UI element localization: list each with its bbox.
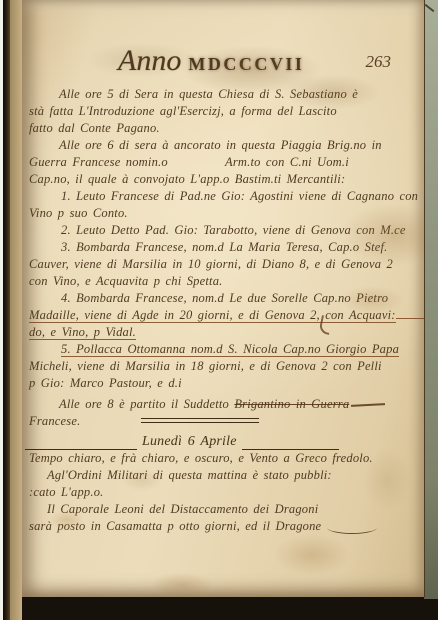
vessel-entry-line: do, e Vino, p Vidal. — [29, 324, 416, 341]
weather-line: Tempo chiaro, e frà chiaro, e oscuro, e … — [29, 450, 416, 467]
underlined-text: 5. Pollacca Ottomanna nom.d S. Nicola Ca… — [61, 342, 399, 357]
vessel-entry-line: 1. Leuto Francese di Pad.ne Gio: Agostin… — [29, 188, 416, 205]
year-title-roman: MDCCCVII — [188, 54, 304, 75]
manuscript-line: stà fatta L'Introduzione agl'Esercizj, a… — [29, 103, 416, 120]
manuscript-line: Cap.no, il quale à convojato L'app.o Bas… — [29, 171, 416, 188]
anchor-line-armament: Arm.to con C.ni — [225, 154, 312, 171]
year-title-script: Anno — [118, 44, 181, 78]
vessel-entry-line: Vino p suo Conto. — [29, 205, 416, 222]
date-divider: Lunedì 6 Aprile — [25, 430, 339, 450]
divider-rule-left — [25, 439, 137, 450]
departure-text: Francese. — [29, 414, 80, 428]
struck-through-text: Brigantino in Guerra — [234, 397, 349, 411]
manuscript-line-with-blanks: Guerra Francese nomin.o Arm.to con C.ni … — [29, 154, 416, 171]
underlined-text: do, e Vino, p Vidal. — [29, 325, 136, 340]
vessel-entry-line: Micheli, viene di Marsilia in 18 giorni,… — [29, 358, 416, 375]
departure-text: Alle ore 8 è partito il Suddetto — [59, 397, 234, 411]
vessel-entry-line: con Vino, e Acquavita p chi Spetta. — [29, 273, 416, 290]
ink-flourish — [327, 521, 377, 534]
underlined-text: Madaille, viene di Agde in 20 giorni, e … — [29, 308, 396, 323]
vessel-entry-line: 4. Bombarda Francese, nom.d Le due Sorel… — [29, 290, 416, 307]
departure-line: Francese. — [29, 413, 416, 430]
manuscript-line: Alle ore 5 di Sera in questa Chiesa di S… — [29, 86, 416, 103]
double-rule-divider — [141, 418, 259, 423]
orders-line: Agl'Ordini Militari di questa mattina è … — [29, 467, 416, 484]
manuscript-photo: Anno MDCCCVII 263 Alle ore 5 di Sera in … — [0, 0, 438, 620]
page-fore-edge — [424, 0, 438, 599]
vessel-entry-line: p Gio: Marco Pastour, e d.i — [29, 375, 416, 392]
departure-line: Alle ore 8 è partito il Suddetto Brigant… — [29, 396, 416, 413]
manuscript-line: Alle ore 6 di sera à ancorato in questa … — [29, 137, 416, 154]
anchor-line-left: Guerra Francese nomin.o — [29, 155, 168, 169]
divider-rule-right — [242, 439, 339, 450]
corporal-text: sarà posto in Casamatta p otto giorni, e… — [29, 519, 321, 533]
page-number: 263 — [366, 52, 392, 72]
manuscript-line: fatto dal Conte Pagano. — [29, 120, 416, 137]
vessel-entry-line: 5. Pollacca Ottomanna nom.d S. Nicola Ca… — [29, 341, 416, 358]
year-title: Anno MDCCCVII — [118, 44, 304, 78]
corporal-line: sarà posto in Casamatta p otto giorni, e… — [29, 518, 416, 535]
ink-underline-tail — [396, 317, 425, 319]
vessel-entry-line: Cauver, viene di Marsilia in 10 giorni, … — [29, 256, 416, 273]
orders-line: :cato L'app.o. — [29, 484, 416, 501]
manuscript-page: Anno MDCCCVII 263 Alle ore 5 di Sera in … — [22, 0, 425, 597]
anchor-line-crew: Uom.i — [317, 154, 349, 171]
ink-strike-tail — [351, 403, 385, 406]
book-gutter-edge — [10, 0, 22, 620]
vessel-entry-line: 2. Leuto Detto Pad. Gio: Tarabotto, vien… — [29, 222, 416, 239]
manuscript-text: Alle ore 5 di Sera in questa Chiesa di S… — [29, 86, 416, 535]
vessel-entry-line: 3. Bombarda Francese, nom.d La Maria Ter… — [29, 239, 416, 256]
book-binding — [3, 0, 10, 620]
date-header: Lunedì 6 Aprile — [137, 433, 242, 450]
corporal-line: Il Caporale Leoni del Distaccamento dei … — [29, 501, 416, 518]
vessel-entry-line: Madaille, viene di Agde in 20 giorni, e … — [29, 307, 416, 324]
